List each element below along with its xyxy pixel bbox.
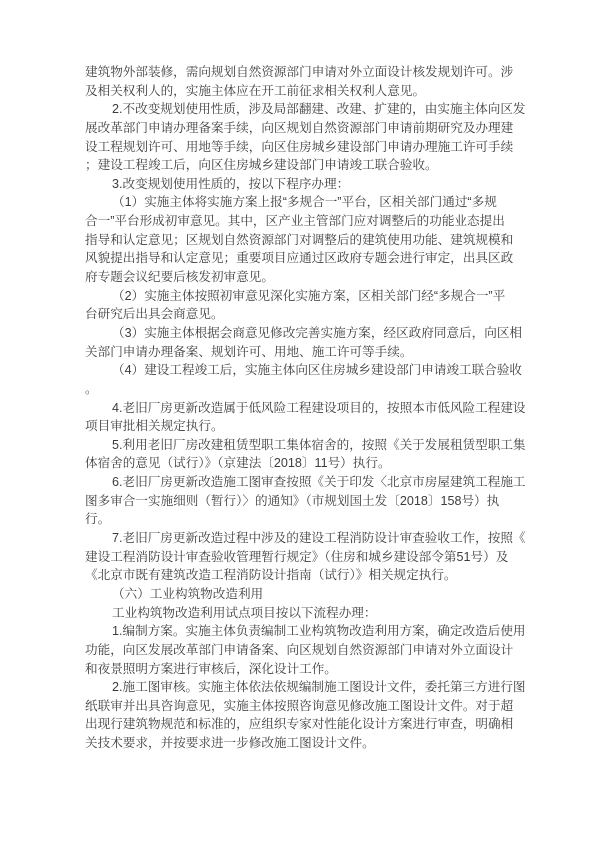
- text-line: 。: [85, 380, 517, 399]
- text-line: 项目审批相关规定执行。: [85, 417, 517, 436]
- text-line: 展改革部门申请办理备案手续，向区规划自然资源部门申请前期研究及办理建: [85, 119, 517, 138]
- document-text-block: 建筑物外部装修，需向规划自然资源部门申请对外立面设计核发规划许可。涉及相关权利人…: [85, 63, 517, 753]
- document-page: 建筑物外部装修，需向规划自然资源部门申请对外立面设计核发规划许可。涉及相关权利人…: [0, 0, 596, 842]
- text-line: 6.老旧厂房更新改造施工图审查按照《关于印发〈北京市房屋建筑工程施工: [85, 473, 517, 492]
- text-line: ；建设工程竣工后，向区住房城乡建设部门申请竣工联合验收。: [85, 156, 517, 175]
- text-line: 府专题会议纪要后核发初审意见。: [85, 268, 517, 287]
- text-line: 指导和认定意见；区规划自然资源部门对调整后的建筑使用功能、建筑规模和: [85, 231, 517, 250]
- text-line: 1.编制方案。实施主体负责编制工业构筑物改造利用方案，确定改造后使用: [85, 622, 517, 641]
- text-line: （3）实施主体根据会商意见修改完善实施方案，经区政府同意后，向区相: [85, 324, 517, 343]
- text-line: 工业构筑物改造利用试点项目按以下流程办理：: [85, 604, 517, 623]
- text-line: 图多审合一实施细则（暂行）〉的通知》（市规划国土发〔2018〕158号）执: [85, 492, 517, 511]
- text-line: 7.老旧厂房更新改造过程中涉及的建设工程消防设计审查验收工作，按照《: [85, 529, 517, 548]
- text-line: 合一”平台形成初审意见。其中，区产业主管部门应对调整后的功能业态提出: [85, 212, 517, 231]
- text-line: 关技术要求，并按要求进一步修改施工图设计文件。: [85, 734, 517, 753]
- text-line: 2.施工图审核。实施主体依法依规编制施工图设计文件，委托第三方进行图: [85, 678, 517, 697]
- text-line: 出现行建筑物规范和标准的，应组织专家对性能化设计方案进行审查，明确相: [85, 715, 517, 734]
- text-line: 台研究后出具会商意见。: [85, 305, 517, 324]
- text-line: 建筑物外部装修，需向规划自然资源部门申请对外立面设计核发规划许可。涉: [85, 63, 517, 82]
- text-line: 功能，向区发展改革部门申请备案、向区规划自然资源部门申请对外立面设计: [85, 641, 517, 660]
- text-line: （1）实施主体将实施方案上报“多规合一”平台，区相关部门通过“多规: [85, 193, 517, 212]
- text-line: （2）实施主体按照初审意见深化实施方案，区相关部门经“多规合一”平: [85, 287, 517, 306]
- text-line: 3.改变规划使用性质的，按以下程序办理：: [85, 175, 517, 194]
- text-line: 2.不改变规划使用性质，涉及局部翻建、改建、扩建的，由实施主体向区发: [85, 100, 517, 119]
- text-line: （六）工业构筑物改造利用: [85, 585, 517, 604]
- text-line: 风貌提出指导和认定意见；重要项目应通过区政府专题会进行审定，出具区政: [85, 249, 517, 268]
- text-line: 关部门申请办理备案、规划许可、用地、施工许可等手续。: [85, 343, 517, 362]
- text-line: 设工程规划许可、用地等手续，向区住房城乡建设部门申请办理施工许可手续: [85, 138, 517, 157]
- text-line: 和夜景照明方案进行审核后，深化设计工作。: [85, 660, 517, 679]
- text-line: 4.老旧厂房更新改造属于低风险工程建设项目的，按照本市低风险工程建设: [85, 399, 517, 418]
- text-line: 5.利用老旧厂房改建租赁型职工集体宿舍的，按照《关于发展租赁型职工集: [85, 436, 517, 455]
- text-line: （4）建设工程竣工后，实施主体向区住房城乡建设部门申请竣工联合验收: [85, 361, 517, 380]
- text-line: 体宿舍的意见（试行）》（京建法〔2018〕11号）执行。: [85, 454, 517, 473]
- text-line: 建设工程消防设计审查验收管理暂行规定》（住房和城乡建设部令第51号）及: [85, 548, 517, 567]
- text-line: 纸联审并出具咨询意见，实施主体按照咨询意见修改施工图设计文件。对于超: [85, 697, 517, 716]
- text-line: 《北京市既有建筑改造工程消防设计指南（试行）》相关规定执行。: [85, 566, 517, 585]
- text-line: 及相关权利人的，实施主体应在开工前征求相关权利人意见。: [85, 82, 517, 101]
- text-line: 行。: [85, 510, 517, 529]
